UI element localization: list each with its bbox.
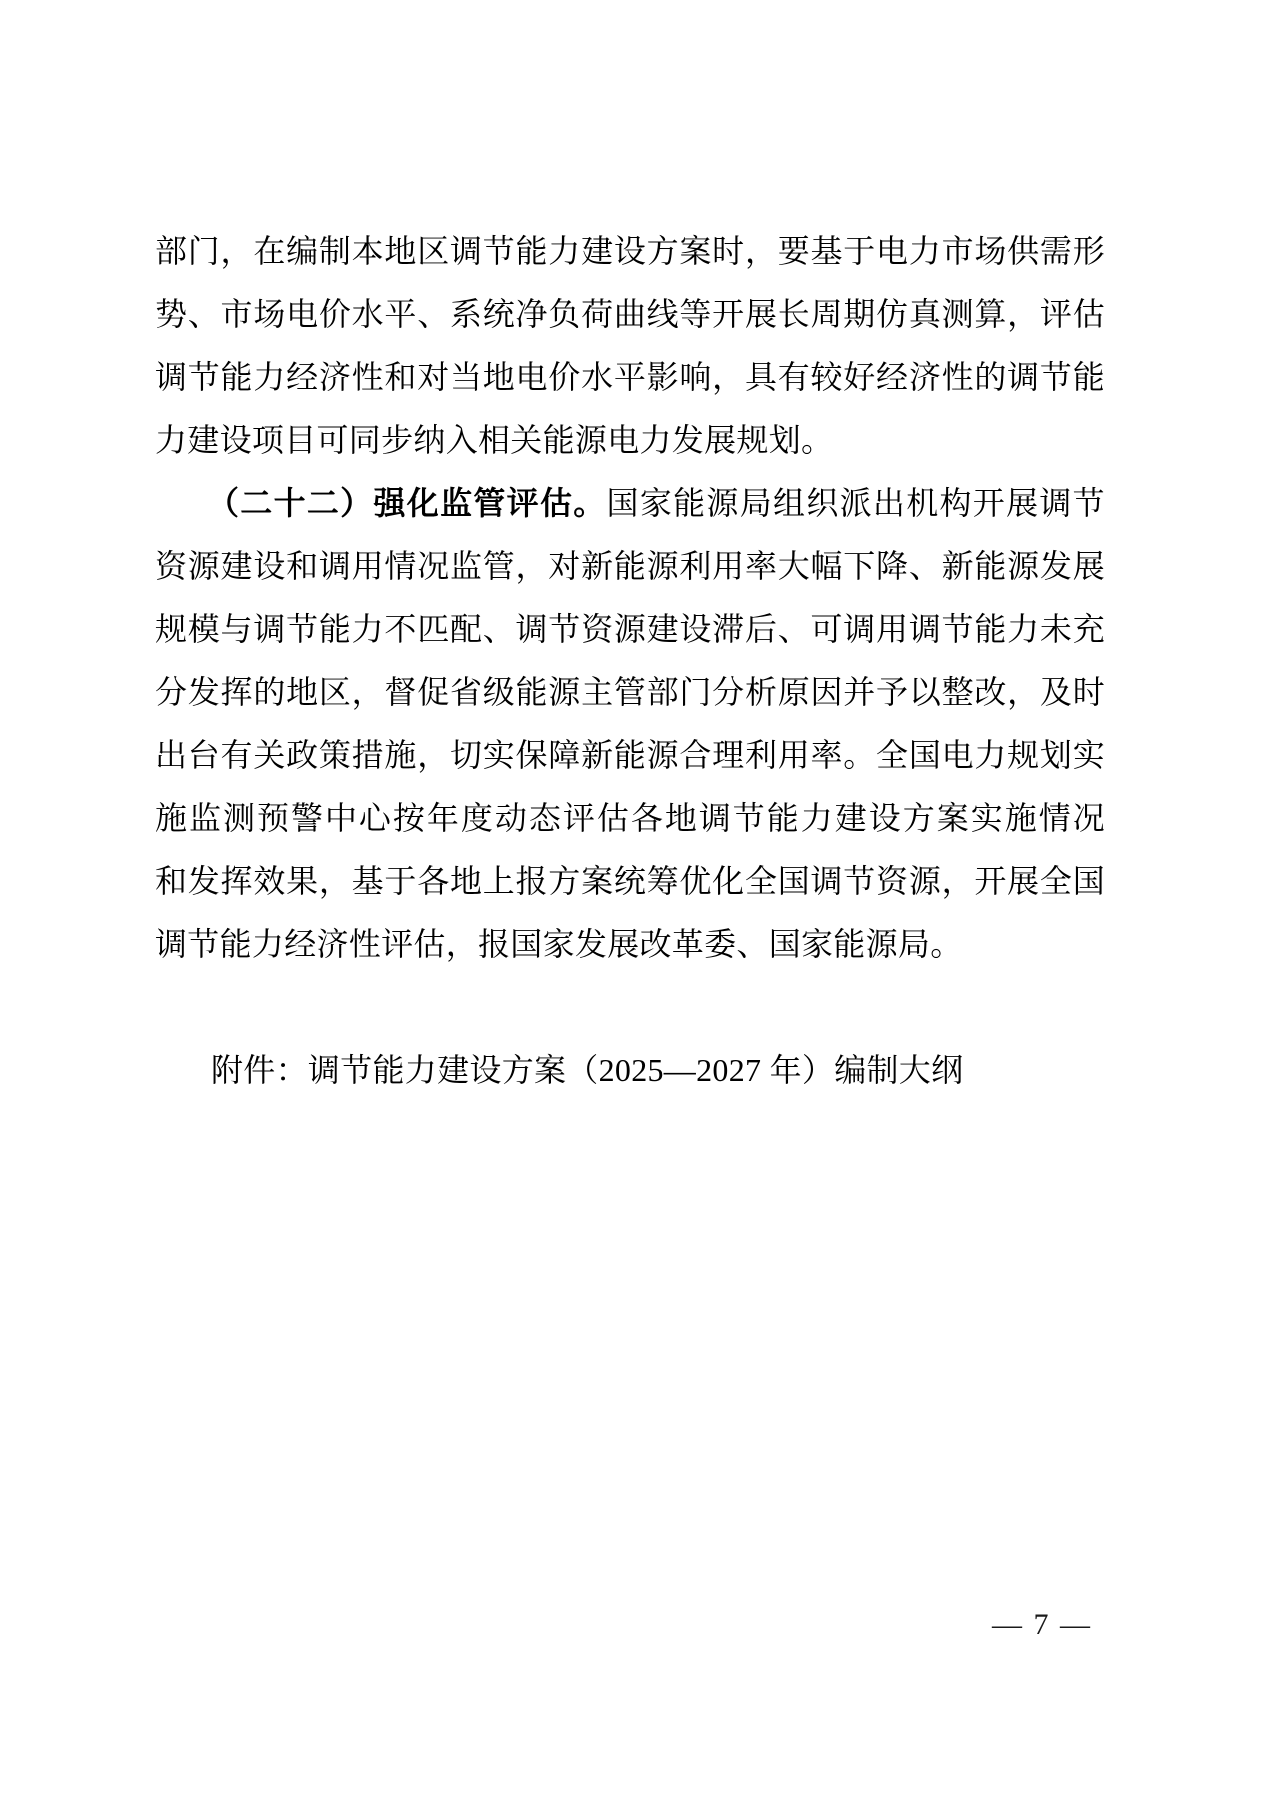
body-line: 调节能力经济性和对当地电价水平影响，具有较好经济性的调节能 bbox=[155, 346, 1105, 409]
body-line: 施监测预警中心按年度动态评估各地调节能力建设方案实施情况 bbox=[155, 787, 1105, 850]
body-line: 调节能力经济性评估，报国家发展改革委、国家能源局。 bbox=[155, 913, 1105, 976]
body-line: 资源建设和调用情况监管，对新能源利用率大幅下降、新能源发展 bbox=[155, 535, 1105, 598]
body-line: 力建设项目可同步纳入相关能源电力发展规划。 bbox=[155, 409, 1105, 472]
section-first-line-text: 国家能源局组织派出机构开展调节 bbox=[607, 485, 1105, 521]
attachment-line: 附件：调节能力建设方案（2025—2027 年）编制大纲 bbox=[155, 1039, 1105, 1102]
body-line: 和发挥效果，基于各地上报方案统筹优化全国调节资源，开展全国 bbox=[155, 850, 1105, 913]
body-line-section-start: （二十二）强化监管评估。国家能源局组织派出机构开展调节 bbox=[155, 472, 1105, 535]
body-line: 部门，在编制本地区调节能力建设方案时，要基于电力市场供需形 bbox=[155, 220, 1105, 283]
body-line: 势、市场电价水平、系统净负荷曲线等开展长周期仿真测算，评估 bbox=[155, 283, 1105, 346]
body-line: 规模与调节能力不匹配、调节资源建设滞后、可调用调节能力未充 bbox=[155, 598, 1105, 661]
body-line: 分发挥的地区，督促省级能源主管部门分析原因并予以整改，及时 bbox=[155, 661, 1105, 724]
document-body: 部门，在编制本地区调节能力建设方案时，要基于电力市场供需形 势、市场电价水平、系… bbox=[155, 220, 1105, 1102]
document-page: 部门，在编制本地区调节能力建设方案时，要基于电力市场供需形 势、市场电价水平、系… bbox=[0, 0, 1280, 1810]
body-line: 出台有关政策措施，切实保障新能源合理利用率。全国电力规划实 bbox=[155, 724, 1105, 787]
section-heading: （二十二）强化监管评估。 bbox=[207, 485, 607, 521]
page-number: — 7 — bbox=[992, 1605, 1092, 1645]
